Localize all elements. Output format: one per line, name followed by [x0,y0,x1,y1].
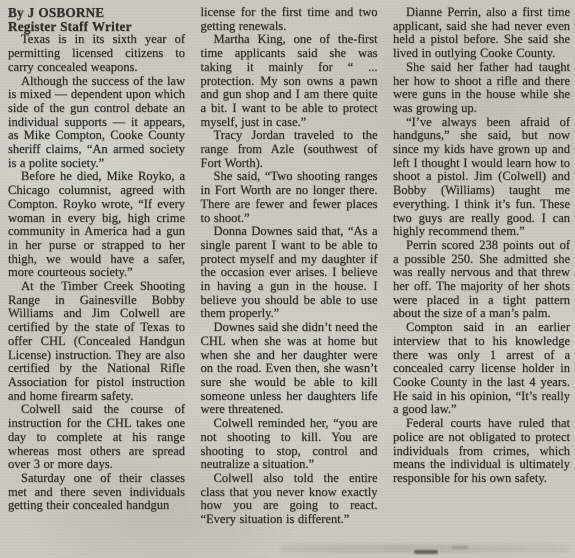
article-paragraph: Donna Downes said that, “As a single par… [201,225,378,321]
byline-role: Register Staff Writer [8,20,185,34]
article-paragraph: Downes said she didn’t need the CHL when… [201,321,378,417]
byline-author: By J OSBORNE [8,6,185,20]
article-paragraph: Texas is in its sixth year of permitting… [8,33,185,74]
article-paragraph: Tracy Jordan traveled to the range from … [201,129,378,170]
article-paragraph: She said, “Two shooting ranges in Fort W… [201,170,378,225]
article-paragraph: She said her father had taught her how t… [393,61,570,116]
article-paragraph: Colwell also told the entire class that … [201,472,378,527]
article-paragraph: Perrin scored 238 points out of a possib… [393,239,570,321]
article-paragraph: At the Timber Creek Shooting Range in Ga… [8,280,185,403]
scan-smudge-spot [452,546,468,549]
article-paragraph: Colwell reminded her, “you are not shoot… [201,417,378,472]
article-column-2: license for the first time and two getti… [201,6,378,558]
article-paragraph: Saturday one of their classes met and th… [8,472,185,513]
newspaper-clipping: By J OSBORNE Register Staff Writer Texas… [8,6,570,558]
article-paragraph: Although the success of the law is mixed… [8,75,185,171]
article-column-3: Dianne Perrin, also a first time applica… [393,6,570,558]
article-column-1: By J OSBORNE Register Staff Writer Texas… [8,6,185,558]
article-paragraph: Federal courts have ruled that police ar… [393,417,570,486]
article-paragraph: Martha King, one of the-first time appli… [201,33,378,129]
article-paragraph-continuation: license for the first time and two getti… [201,6,378,33]
article-paragraph: Dianne Perrin, also a first time applica… [393,6,570,61]
article-paragraph: Compton said in an earlier interview tha… [393,321,570,417]
scan-smudge-dash [414,550,438,554]
article-paragraph: Colwell said the course of instruction f… [8,403,185,472]
article-paragraph: “I’ve always been afraid of handguns,” s… [393,116,570,239]
article-paragraph: Before he died, Mike Royko, a Chicago co… [8,170,185,280]
